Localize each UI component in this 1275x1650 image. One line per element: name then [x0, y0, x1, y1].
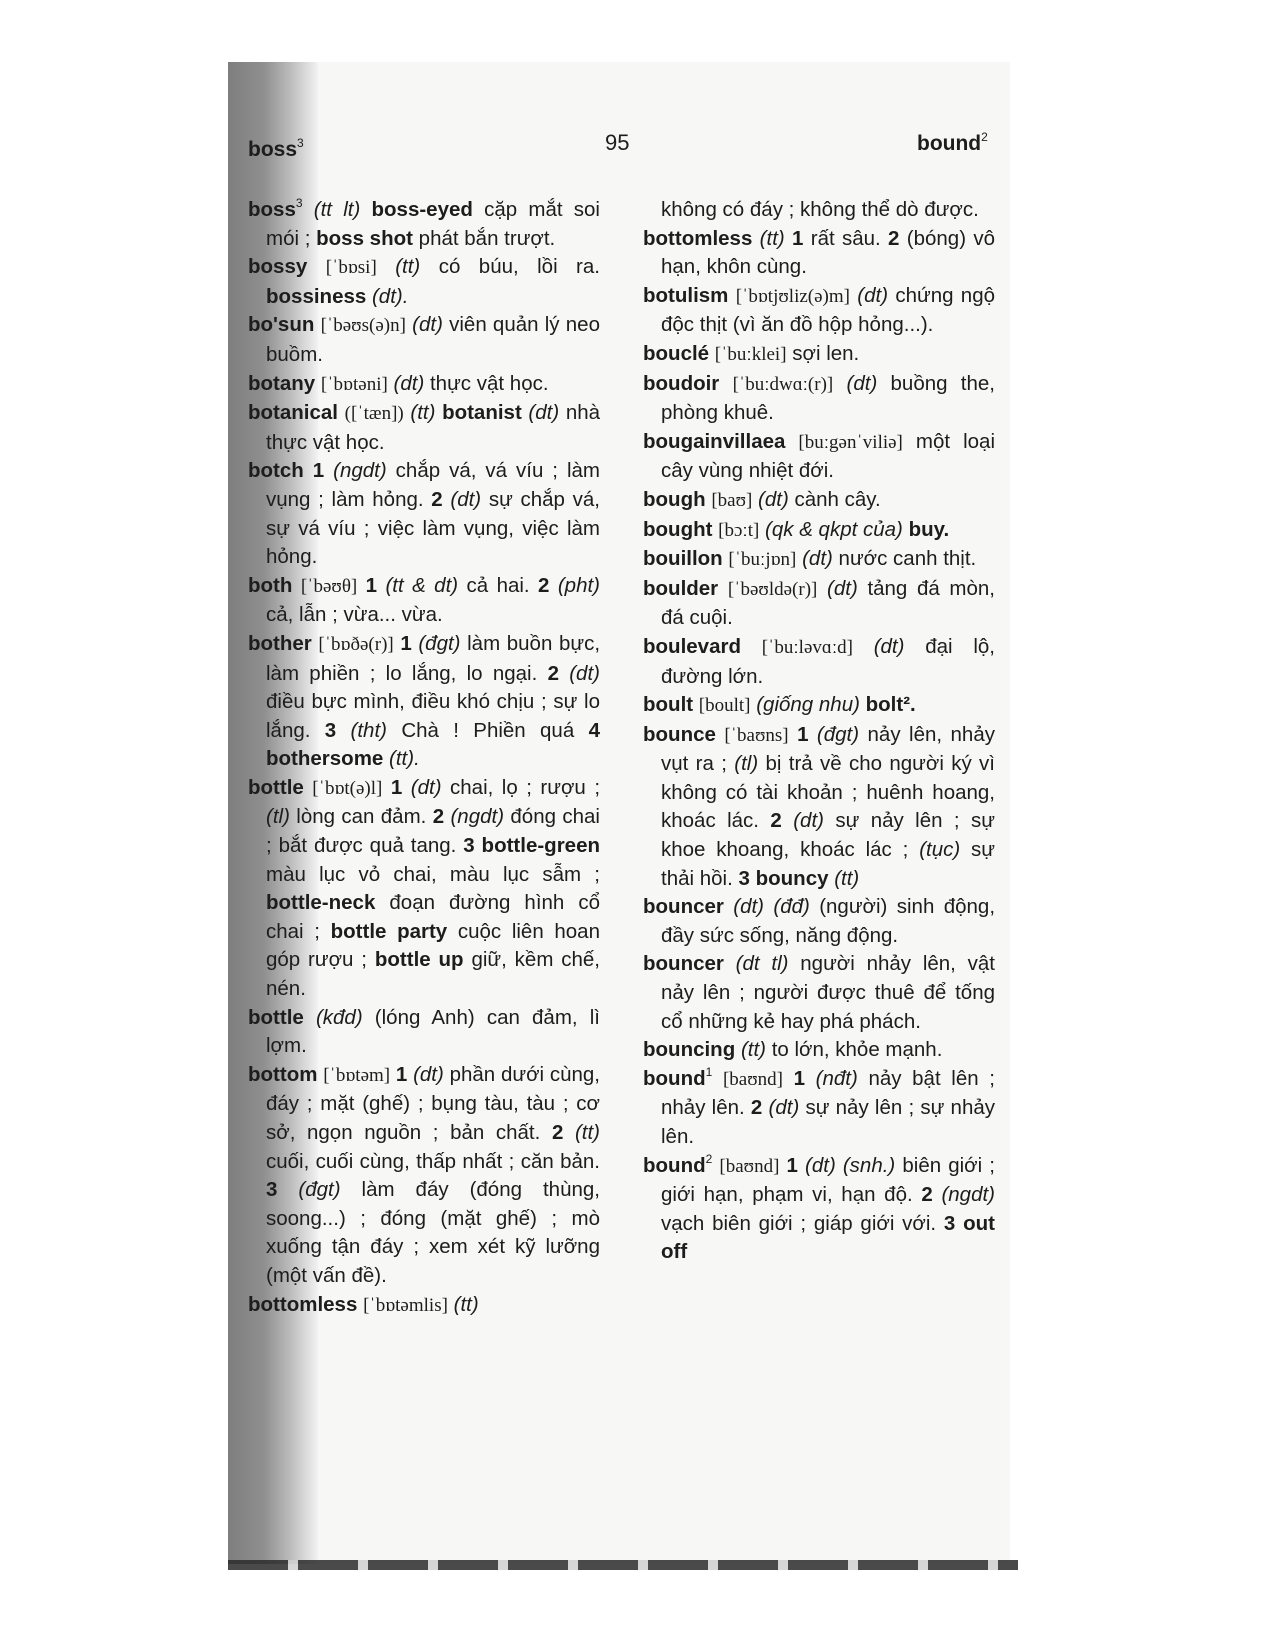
definition-text: cả hai.	[467, 574, 530, 597]
bold-term: bottle up	[375, 948, 464, 971]
part-of-speech: (tt).	[389, 747, 420, 770]
part-of-speech: (tt)	[760, 227, 785, 250]
bold-term: 2	[548, 662, 559, 685]
part-of-speech: (đgt)	[298, 1178, 340, 1201]
pronunciation: [buːgənˈviliə]	[798, 432, 902, 453]
dictionary-entry: bo'sun [ˈbəʊs(ə)n] (dt) viên quản lý neo…	[248, 311, 600, 369]
part-of-speech: (tl)	[266, 805, 290, 828]
dictionary-entry: bough [baʊ] (dt) cành cây.	[643, 486, 995, 516]
bold-term: bolt².	[866, 693, 916, 716]
homograph-number: 1	[706, 1065, 713, 1079]
dictionary-entry: bottomless [ˈbɒtəmlis] (tt)	[248, 1291, 600, 1321]
dictionary-entry: boudoir [ˈbuːdwɑː(r)] (dt) buồng the, ph…	[643, 370, 995, 428]
bold-term: 2	[921, 1183, 932, 1206]
part-of-speech: (dt)	[769, 1096, 800, 1119]
bold-term: 2	[751, 1096, 762, 1119]
part-of-speech: (dt)	[394, 372, 425, 395]
dictionary-entry: botanical ([ˈtæn]) (tt) botanist (dt) nh…	[248, 399, 600, 457]
headword: botanical	[248, 401, 338, 424]
bold-term: bottle-neck	[266, 891, 375, 914]
part-of-speech: (tt)	[410, 401, 435, 424]
dictionary-entry: bouillon [ˈbuːjɒn] (dt) nước canh thịt.	[643, 545, 995, 575]
part-of-speech: (tt)	[834, 867, 859, 890]
definition-text: chai, lọ ; rượu ;	[450, 776, 600, 799]
part-of-speech: (dt)	[412, 313, 443, 336]
pronunciation: ([ˈtæn])	[345, 403, 404, 424]
dictionary-entry: botch 1 (ngdt) chắp vá, vá víu ; làm vụn…	[248, 457, 600, 571]
pronunciation: [baʊ]	[711, 490, 752, 511]
part-of-speech: (dt)	[793, 809, 824, 832]
bold-term: boss shot	[316, 227, 413, 250]
dictionary-entry: bounce [ˈbaʊns] 1 (đgt) nảy lên, nhảy vụ…	[643, 721, 995, 894]
part-of-speech: (pht)	[558, 574, 600, 597]
page-bottom-edge	[228, 1560, 1018, 1570]
part-of-speech: (tht)	[351, 719, 387, 742]
headword: bottom	[248, 1063, 317, 1086]
definition-text: phát bắn trượt.	[419, 227, 556, 250]
part-of-speech: (dt)	[827, 577, 858, 600]
pronunciation: [bɔːt]	[718, 520, 759, 541]
definition-text: cành cây.	[795, 488, 881, 511]
dictionary-entry: botany [ˈbɒtəni] (dt) thực vật học.	[248, 370, 600, 400]
headword: bottle	[248, 776, 304, 799]
bold-term: 1	[400, 632, 411, 655]
headword: both	[248, 574, 292, 597]
headword: bo'sun	[248, 313, 314, 336]
pronunciation: [ˈbuːklei]	[715, 344, 787, 365]
part-of-speech: (dt)	[450, 488, 481, 511]
bold-term: 2	[888, 227, 899, 250]
headword: bottomless	[248, 1293, 357, 1316]
headword: boss	[248, 198, 296, 221]
definition-text: không có đáy ; không thể dò được.	[661, 198, 979, 221]
pronunciation: [ˈbəʊldə(r)]	[728, 579, 818, 600]
headword: bought	[643, 518, 712, 541]
dictionary-entry: bound2 [baʊnd] 1 (dt) (snh.) biên giới ;…	[643, 1152, 995, 1267]
bold-term: 3	[325, 719, 336, 742]
headword: boult	[643, 693, 693, 716]
headword: bouillon	[643, 547, 723, 570]
part-of-speech: (tt)	[575, 1121, 600, 1144]
part-of-speech: (tt)	[741, 1038, 766, 1061]
definition-text: có búu, lồi ra.	[439, 255, 600, 278]
part-of-speech: (tục)	[919, 838, 960, 861]
pronunciation: [ˈbɒtəmlis]	[363, 1295, 448, 1316]
dictionary-entry: botulism [ˈbɒtjʊliz(ə)m] (dt) chứng ngộ …	[643, 282, 995, 340]
part-of-speech: (dt)	[847, 372, 878, 395]
dictionary-entry: không có đáy ; không thể dò được.	[643, 196, 995, 225]
part-of-speech: (dt)	[874, 635, 905, 658]
headword: bouncer	[643, 952, 724, 975]
headword: bother	[248, 632, 312, 655]
part-of-speech: (dt tl)	[736, 952, 789, 975]
definition-text: nước canh thịt.	[839, 547, 977, 570]
dictionary-entry: bouclé [ˈbuːklei] sợi len.	[643, 340, 995, 370]
bold-term: 2	[433, 805, 444, 828]
headword: boudoir	[643, 372, 719, 395]
definition-text: rất sâu.	[811, 227, 881, 250]
definition-text: Chà ! Phiền quá	[401, 719, 574, 742]
part-of-speech: (dt)	[857, 284, 888, 307]
bold-term: 1	[313, 459, 324, 482]
dictionary-entry: boulevard [ˈbuːləvɑːd] (dt) đại lộ, đườn…	[643, 633, 995, 691]
pronunciation: [ˈbɒtəm]	[323, 1065, 390, 1086]
part-of-speech: (tt lt)	[314, 198, 361, 221]
part-of-speech: (snh.)	[843, 1154, 895, 1177]
part-of-speech: (dt)	[528, 401, 559, 424]
part-of-speech: (ngdt)	[941, 1183, 995, 1206]
pronunciation: [ˈbɒðə(r)]	[318, 634, 393, 655]
headword: botany	[248, 372, 315, 395]
part-of-speech: (dt) (đđ)	[733, 895, 810, 918]
pronunciation: [ˈbɒtjʊliz(ə)m]	[736, 286, 850, 307]
pronunciation: [ˈbɒtəni]	[321, 374, 388, 395]
dictionary-entry: boulder [ˈbəʊldə(r)] (dt) tảng đá mòn, đ…	[643, 575, 995, 633]
definition-text: to lớn, khỏe mạnh.	[772, 1038, 943, 1061]
left-guide-word: boss3	[248, 138, 304, 162]
pronunciation: [ˈbəʊθ]	[301, 576, 357, 597]
part-of-speech: (dt)	[758, 488, 789, 511]
part-of-speech: (dt)	[411, 776, 442, 799]
page-header: boss3 95 bound2	[0, 130, 1275, 170]
bold-term: 4	[589, 719, 600, 742]
dictionary-entry: boss3 (tt lt) boss-eyed cặp mắt soi mói …	[248, 196, 600, 253]
headword: bossy	[248, 255, 307, 278]
dictionary-entry: bouncing (tt) to lớn, khỏe mạnh.	[643, 1036, 995, 1065]
part-of-speech: (kđd)	[316, 1006, 363, 1029]
part-of-speech: (giống nhu)	[756, 693, 860, 716]
pronunciation: [baʊnd]	[719, 1156, 779, 1177]
pronunciation: [boult]	[699, 695, 751, 716]
pronunciation: [ˈbuːləvɑːd]	[762, 637, 853, 658]
right-column: không có đáy ; không thể dò được.bottoml…	[643, 196, 995, 1267]
bold-term: 1	[366, 574, 377, 597]
headword: boulevard	[643, 635, 741, 658]
bold-term: 2	[431, 488, 442, 511]
dictionary-entry: bouncer (dt) (đđ) (người) sinh động, đầy…	[643, 893, 995, 950]
headword: botch	[248, 459, 304, 482]
pronunciation: [ˈbuːjɒn]	[728, 549, 796, 570]
dictionary-entry: bought [bɔːt] (qk & qkpt của) buy.	[643, 516, 995, 546]
part-of-speech: (nđt)	[816, 1067, 858, 1090]
bold-term: bossiness	[266, 285, 366, 308]
headword: botulism	[643, 284, 728, 307]
pronunciation: [baʊnd]	[723, 1069, 783, 1090]
bold-term: 1	[797, 723, 808, 746]
bold-term: 2	[552, 1121, 563, 1144]
bold-term: buy.	[909, 518, 950, 541]
headword: bougainvillaea	[643, 430, 785, 453]
bold-term: 1	[396, 1063, 407, 1086]
dictionary-entry: bottle [ˈbɒt(ə)l] 1 (dt) chai, lọ ; rượu…	[248, 774, 600, 1004]
part-of-speech: (tt)	[395, 255, 420, 278]
headword: bouncer	[643, 895, 724, 918]
bold-term: 2	[538, 574, 549, 597]
part-of-speech: (dt)	[569, 662, 600, 685]
homograph-number: 3	[296, 196, 303, 210]
bold-term: botanist	[442, 401, 522, 424]
dictionary-entry: bossy [ˈbɒsi] (tt) có búu, lồi ra. bossi…	[248, 253, 600, 311]
dictionary-entry: both [ˈbəʊθ] 1 (tt & dt) cả hai. 2 (pht)…	[248, 572, 600, 630]
definition-text: vạch biên giới ; giáp giới với.	[661, 1212, 936, 1235]
definition-text: sợi len.	[792, 342, 859, 365]
homograph-number: 2	[706, 1152, 713, 1166]
bold-term: bothersome	[266, 747, 383, 770]
part-of-speech: (tt)	[454, 1293, 479, 1316]
dictionary-entry: bouncer (dt tl) người nhảy lên, vật nảy …	[643, 950, 995, 1036]
bold-term: 1	[792, 227, 803, 250]
bold-term: 3 bottle-green	[463, 834, 600, 857]
bold-term: 3	[266, 1178, 277, 1201]
part-of-speech: (dt).	[372, 285, 408, 308]
dictionary-entry: bottomless (tt) 1 rất sâu. 2 (bóng) vô h…	[643, 225, 995, 282]
dictionary-entry: bottom [ˈbɒtəm] 1 (dt) phần dưới cùng, đ…	[248, 1061, 600, 1291]
headword: bounce	[643, 723, 716, 746]
bold-term: bottle party	[331, 920, 448, 943]
bold-term: 1	[794, 1067, 805, 1090]
definition-text: lòng can đảm.	[296, 805, 426, 828]
part-of-speech: (đgt)	[418, 632, 460, 655]
pronunciation: [ˈbuːdwɑː(r)]	[733, 374, 834, 395]
dictionary-entry: bound1 [baʊnd] 1 (nđt) nảy bật lên ; nhả…	[643, 1065, 995, 1152]
headword: bound	[643, 1067, 706, 1090]
definition-text: cả, lẫn ; vừa... vừa.	[266, 603, 443, 626]
bold-term: 3 bouncy	[739, 867, 829, 890]
dictionary-entry: bougainvillaea [buːgənˈviliə] một loại c…	[643, 428, 995, 486]
pronunciation: [ˈbəʊs(ə)n]	[321, 315, 406, 336]
pronunciation: [ˈbɒt(ə)l]	[312, 778, 382, 799]
definition-text: thực vật học.	[430, 372, 549, 395]
dictionary-entry: bother [ˈbɒðə(r)] 1 (đgt) làm buồn bực, …	[248, 630, 600, 774]
headword: bottomless	[643, 227, 752, 250]
headword: boulder	[643, 577, 718, 600]
part-of-speech: (dt)	[413, 1063, 444, 1086]
pronunciation: [ˈbaʊns]	[724, 725, 788, 746]
bold-term: 2	[770, 809, 781, 832]
right-guide-word: bound2	[917, 132, 988, 156]
pronunciation: [ˈbɒsi]	[326, 257, 377, 278]
headword: bouncing	[643, 1038, 735, 1061]
part-of-speech: (dt)	[805, 1154, 836, 1177]
bold-term: 1	[787, 1154, 798, 1177]
headword: bottle	[248, 1006, 304, 1029]
definition-text: màu lục vỏ chai, màu lục sẫm ;	[266, 863, 600, 886]
part-of-speech: (ngdt)	[450, 805, 504, 828]
part-of-speech: (tt & dt)	[385, 574, 458, 597]
part-of-speech: (ngdt)	[333, 459, 387, 482]
headword: bough	[643, 488, 706, 511]
headword: bound	[643, 1154, 706, 1177]
page-number: 95	[605, 130, 629, 156]
left-column: boss3 (tt lt) boss-eyed cặp mắt soi mói …	[248, 196, 600, 1320]
part-of-speech: (tl)	[734, 752, 758, 775]
dictionary-entry: bottle (kđd) (lóng Anh) can đảm, lì lợm.	[248, 1004, 600, 1061]
part-of-speech: (đgt)	[817, 723, 859, 746]
part-of-speech: (qk & qkpt của)	[765, 518, 903, 541]
dictionary-entry: boult [boult] (giống nhu) bolt².	[643, 691, 995, 721]
bold-term: boss-eyed	[372, 198, 473, 221]
definition-text: cuối, cuối cùng, thấp nhất ; căn bản.	[266, 1150, 600, 1173]
bold-term: 1	[391, 776, 402, 799]
part-of-speech: (dt)	[802, 547, 833, 570]
headword: bouclé	[643, 342, 709, 365]
